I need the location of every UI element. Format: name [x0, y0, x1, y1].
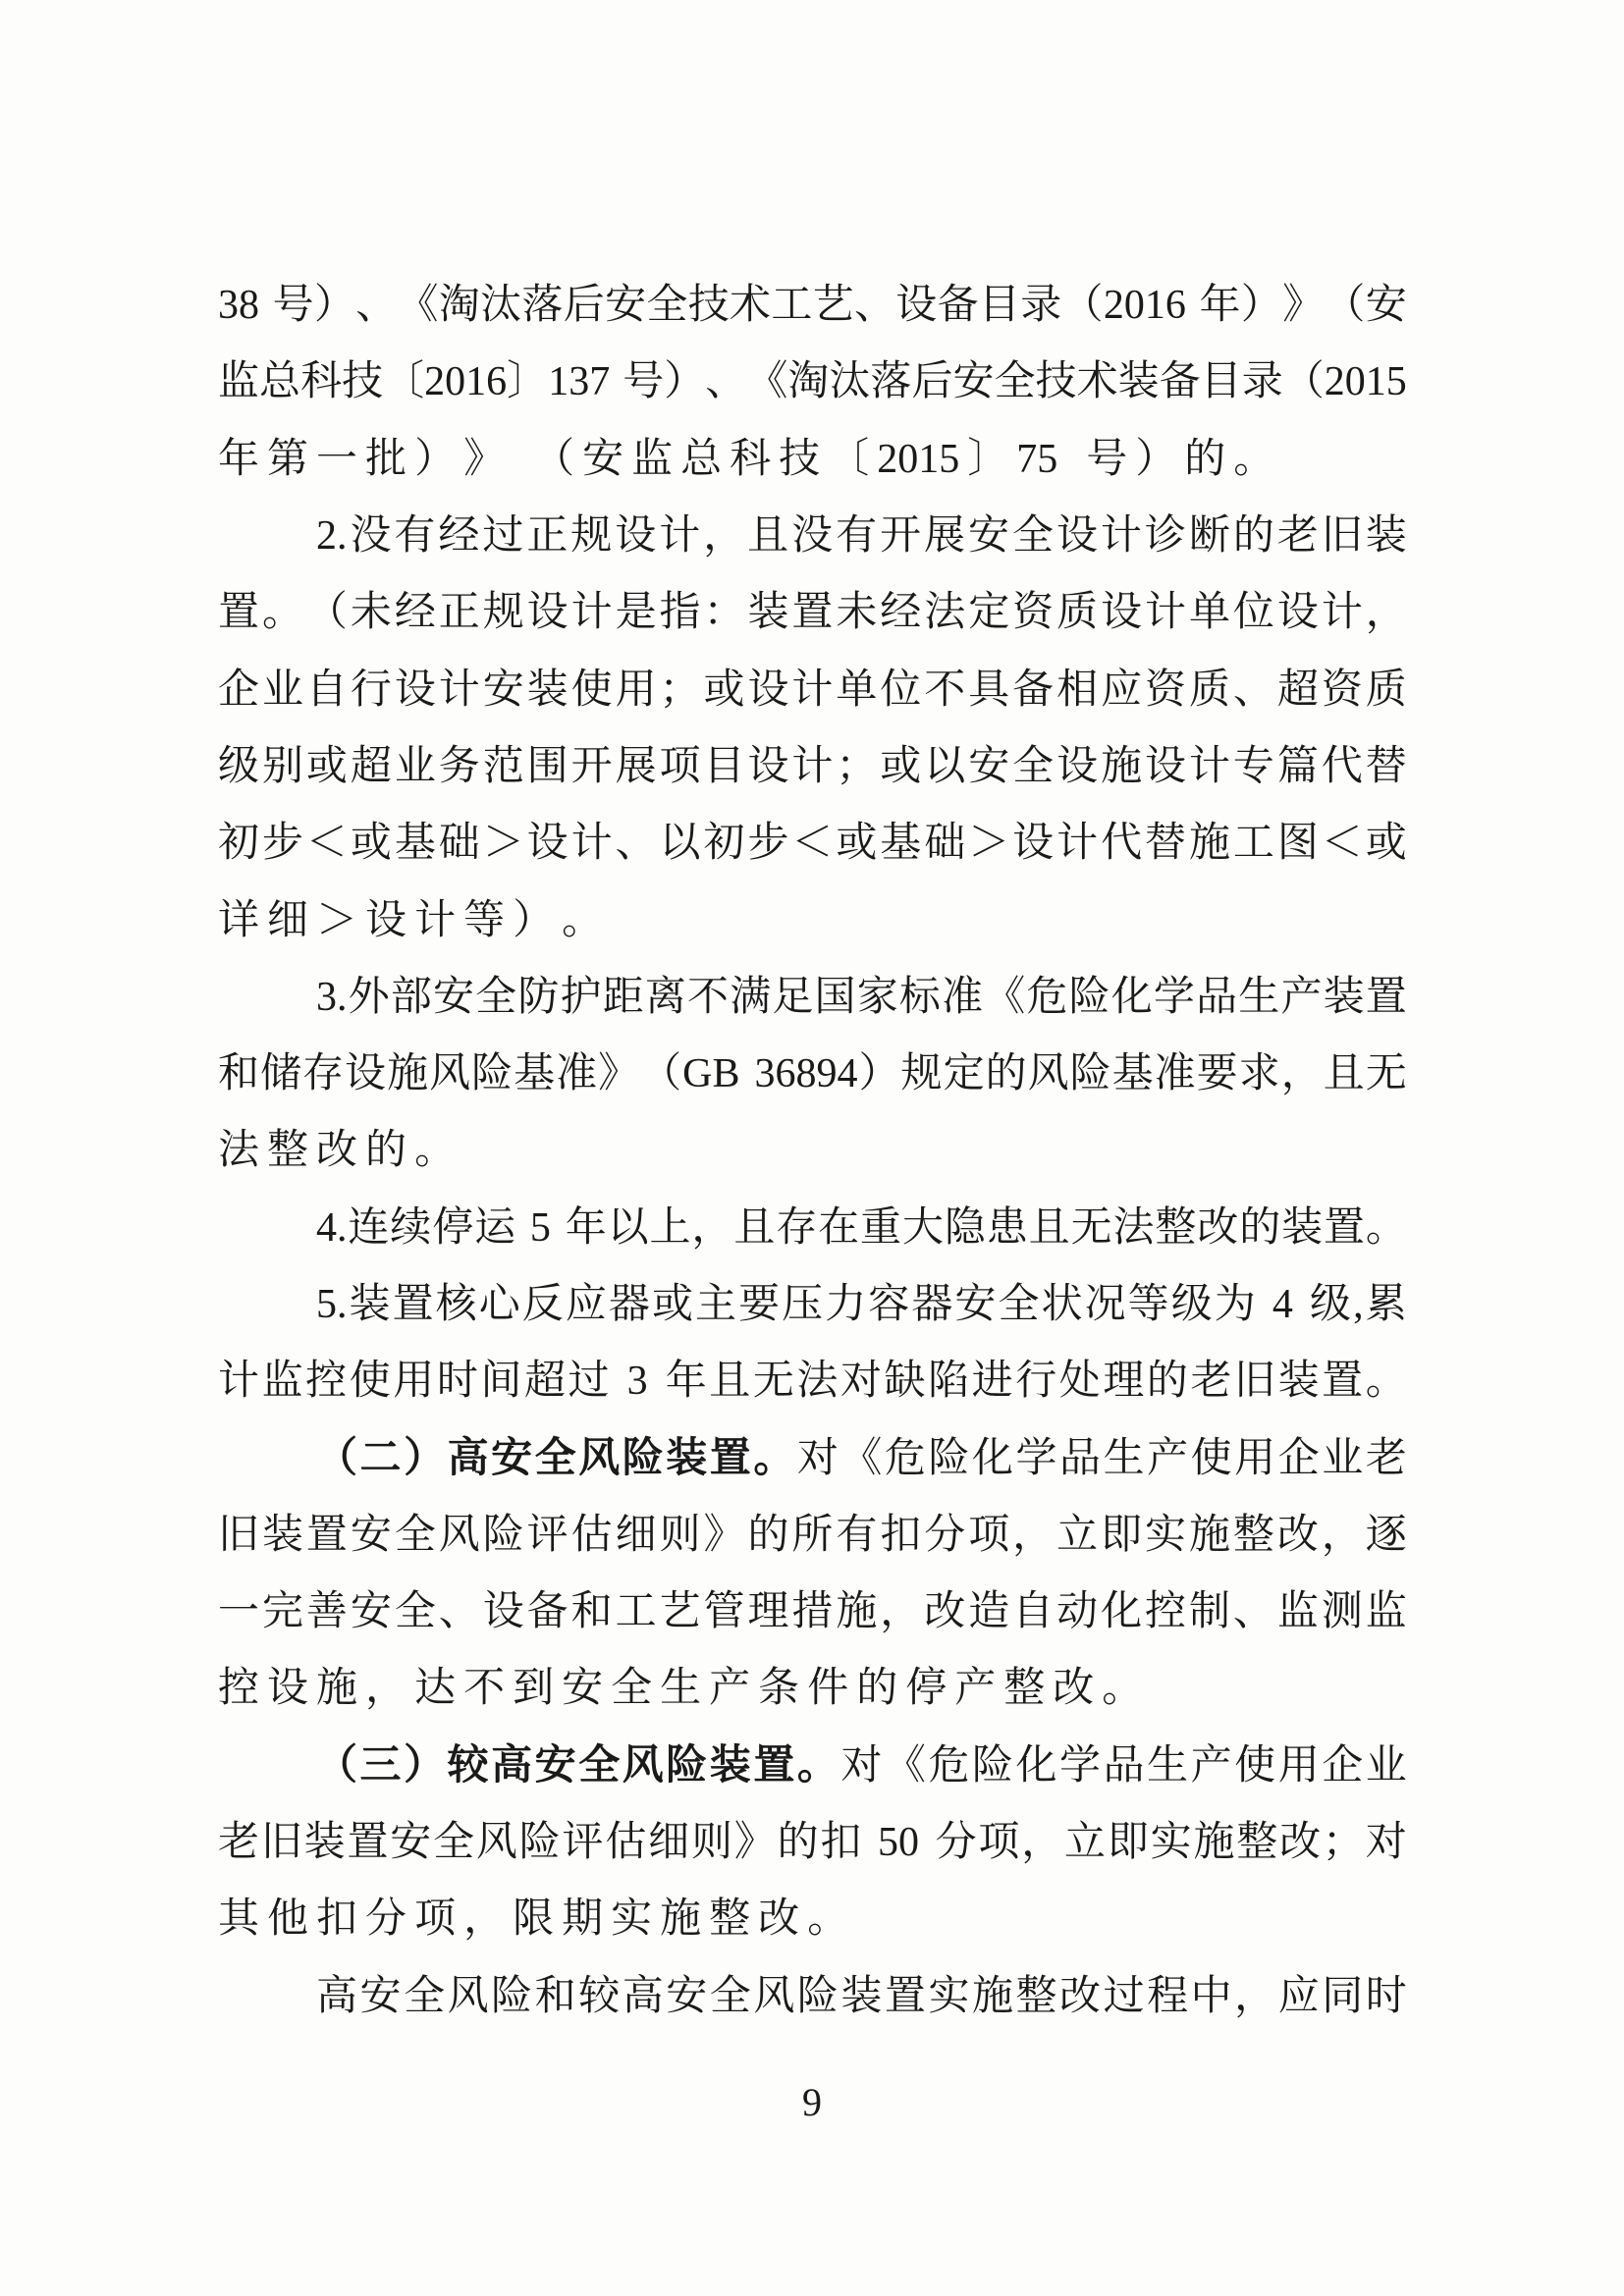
- text-token: 整: [1016, 1976, 1057, 2017]
- text-token: ＜: [791, 823, 833, 864]
- text-token: 学: [1154, 977, 1195, 1018]
- text-token: 137: [548, 361, 610, 402]
- text-token: 压: [782, 1284, 823, 1325]
- text-token: 安: [582, 439, 623, 480]
- space-gap: [921, 1842, 934, 1843]
- text-token: 化: [1101, 1591, 1142, 1632]
- text-token: （: [1324, 285, 1365, 326]
- text-token: 旧: [218, 1515, 259, 1556]
- space-gap: [1186, 304, 1199, 306]
- text-token: 的: [365, 1130, 406, 1171]
- text-token: 3: [627, 1361, 648, 1402]
- text-token: 整: [1003, 1668, 1045, 1709]
- text-token: 初: [703, 823, 744, 864]
- text-token: 控: [1145, 1591, 1186, 1632]
- text-token: 等: [463, 900, 505, 941]
- text-token: 质: [1189, 669, 1230, 711]
- text-token: 件: [807, 1668, 848, 1709]
- text-line: 控设施，达不到安全生产条件的停产整改。: [218, 1650, 1407, 1727]
- text-token: 分: [924, 1515, 965, 1556]
- text-token: 录: [1020, 285, 1061, 326]
- text-token: 设: [895, 285, 937, 326]
- text-token: 置: [1366, 977, 1407, 1018]
- text-token: 所: [791, 1515, 833, 1556]
- text-token: 风: [476, 1822, 517, 1863]
- text-token: 求: [1239, 1053, 1280, 1095]
- text-token: 业: [1366, 1745, 1407, 1787]
- text-token: 》: [734, 1822, 776, 1863]
- text-token: 安: [954, 1284, 996, 1325]
- text-token: 化: [1016, 1745, 1057, 1787]
- text-token: 其: [218, 1898, 259, 1940]
- text-token: 准: [556, 1053, 597, 1095]
- text-token: ；: [660, 669, 701, 711]
- text-token: 规: [483, 592, 524, 633]
- text-line: 和储存设施风险基准》（GB36894）规定的风险基准要求，且无: [218, 1036, 1407, 1112]
- text-token: 或: [652, 1284, 693, 1325]
- text-token: 设: [395, 669, 436, 711]
- text-token: 有: [394, 515, 435, 557]
- text-token: 75: [1016, 439, 1057, 480]
- text-token: 设: [1056, 515, 1098, 557]
- text-token: 、: [854, 285, 895, 326]
- text-token: 离: [645, 977, 686, 1018]
- text-token: 标: [899, 977, 941, 1018]
- text-token: 安: [351, 1591, 392, 1632]
- text-token: 年: [1199, 285, 1240, 326]
- text-token: 以: [608, 1207, 649, 1249]
- text-token: ，: [1012, 1515, 1054, 1556]
- bold-text-token: ）: [404, 1745, 445, 1787]
- text-token: 技: [688, 285, 730, 326]
- text-token: 不: [924, 669, 965, 711]
- text-token: 行: [351, 669, 392, 711]
- text-token: 造: [968, 1591, 1009, 1632]
- text-token: 计: [1101, 515, 1142, 557]
- bold-text-token: 装: [710, 1745, 751, 1787]
- text-token: 单: [836, 669, 877, 711]
- text-token: 企: [218, 669, 259, 711]
- text-token: 施: [387, 1053, 428, 1095]
- text-token: 时: [437, 1361, 478, 1402]
- text-token: 施: [316, 1668, 357, 1709]
- text-token: ，: [880, 1591, 921, 1632]
- text-token: 生: [660, 1668, 701, 1709]
- text-token: 风: [439, 1515, 480, 1556]
- bold-text-token: 全: [535, 1438, 576, 1479]
- text-token: 实: [1151, 1822, 1192, 1863]
- text-token: 产: [1147, 1438, 1188, 1479]
- text-token: ，: [1234, 1976, 1275, 2017]
- space-gap: [612, 1380, 624, 1382]
- text-token: 全: [475, 977, 516, 1018]
- text-token: 计: [659, 515, 700, 557]
- text-token: 隐: [945, 1207, 986, 1249]
- text-token: 业: [1322, 1438, 1363, 1479]
- text-token: 部: [391, 977, 432, 1018]
- text-token: 业: [395, 746, 436, 787]
- text-token: 篇: [1277, 746, 1319, 787]
- text-token: ＜: [306, 823, 348, 864]
- text-token: 装: [304, 1822, 346, 1863]
- text-token: 基: [1112, 1053, 1154, 1095]
- text-token: 技: [1036, 361, 1077, 402]
- space-gap: [863, 1842, 876, 1843]
- text-token: 项: [968, 1515, 1009, 1556]
- text-token: 、: [616, 823, 657, 864]
- body-text-block: 38号）、《淘汰落后安全技术工艺、设备目录（2016年）》（安监总科技〔2016…: [218, 267, 1407, 2035]
- text-token: 学: [1059, 1745, 1101, 1787]
- text-token: 况: [1085, 1284, 1126, 1325]
- text-token: 的: [1147, 1361, 1188, 1402]
- text-token: 别: [262, 746, 303, 787]
- text-token: 全: [433, 1822, 474, 1863]
- text-token: 改: [1059, 1976, 1101, 2017]
- text-token: 装: [840, 1976, 882, 2017]
- text-token: 老: [1277, 515, 1319, 557]
- text-token: 状: [1042, 1284, 1083, 1325]
- text-token: 且: [733, 1207, 775, 1249]
- text-token: 备: [527, 1591, 568, 1632]
- text-token: 化: [972, 1438, 1013, 1479]
- text-token: 替: [1145, 823, 1186, 864]
- text-token: 风: [429, 1053, 470, 1095]
- text-token: ＜: [1322, 823, 1363, 864]
- text-token: 无: [1071, 1207, 1112, 1249]
- text-token: 产: [709, 1668, 750, 1709]
- text-token: 基: [880, 823, 921, 864]
- bold-text-token: 装: [666, 1438, 707, 1479]
- text-token: 整: [1236, 1822, 1277, 1863]
- text-line: 计监控使用时间超过3年且无法对缺陷进行处理的老旧装置。: [218, 1343, 1407, 1419]
- bold-text-token: 全: [578, 1745, 620, 1787]
- text-token: （: [1283, 361, 1325, 402]
- text-token: ,: [1353, 1284, 1364, 1325]
- text-token: 全: [710, 1976, 751, 2017]
- text-token: 全: [404, 1976, 445, 2017]
- text-token: 高: [316, 1976, 357, 2017]
- text-token: 录: [1242, 361, 1283, 402]
- text-token: 质: [1366, 669, 1407, 711]
- text-token: 基: [395, 823, 436, 864]
- text-token: 用: [393, 1361, 434, 1402]
- text-token: 装: [1278, 1361, 1320, 1402]
- text-token: 防: [517, 977, 559, 1018]
- text-token: GB: [682, 1053, 739, 1095]
- text-token: 对: [1366, 1822, 1407, 1863]
- text-token: 全: [646, 285, 687, 326]
- text-token: 的: [778, 1822, 819, 1863]
- text-token: ，: [1021, 1822, 1062, 1863]
- text-token: （: [306, 592, 348, 633]
- text-token: 年: [666, 1361, 707, 1402]
- text-token: 备: [938, 285, 979, 326]
- text-line: 38号）、《淘汰落后安全技术工艺、设备目录（2016年）》（安: [218, 267, 1407, 344]
- space-gap: [259, 304, 272, 306]
- text-token: 的: [1233, 515, 1274, 557]
- text-token: 老: [218, 1822, 259, 1863]
- text-token: 全: [395, 1515, 436, 1556]
- text-token: 细: [616, 1515, 657, 1556]
- text-token: 。: [262, 592, 303, 633]
- text-token: 淘: [439, 285, 480, 326]
- text-token: 设: [1145, 746, 1186, 787]
- text-line: 置。（未经正规设计是指：装置未经法定资质设计单位设计，: [218, 574, 1407, 651]
- text-token: 同: [1322, 1976, 1363, 2017]
- text-token: 年: [218, 439, 259, 480]
- text-token: 代: [1322, 746, 1363, 787]
- text-token: 的: [1184, 439, 1225, 480]
- text-token: 实: [611, 1898, 652, 1940]
- text-token: 停: [432, 1207, 473, 1249]
- text-token: ）: [314, 285, 355, 326]
- bold-text-token: 安: [491, 1438, 532, 1479]
- text-token: 设: [527, 592, 568, 633]
- bold-text-token: 险: [623, 1438, 664, 1479]
- text-token: 对: [840, 1361, 882, 1402]
- text-token: 安: [968, 515, 1009, 557]
- text-token: 设: [615, 515, 656, 557]
- bold-text-token: 安: [535, 1745, 576, 1787]
- text-token: 没: [791, 515, 833, 557]
- text-token: 正: [526, 515, 568, 557]
- text-token: 。: [807, 1898, 848, 1940]
- bold-text-token: 二: [360, 1438, 402, 1479]
- text-line: 4.连续停运5年以上，且存在重大隐患且无法整改的装置。: [218, 1190, 1407, 1266]
- text-token: 〔: [383, 361, 424, 402]
- text-token: 间: [480, 1361, 521, 1402]
- text-line: 监总科技〔2016〕137号）、《淘汰落后安全技术装备目录（2015: [218, 344, 1407, 420]
- text-token: 设: [267, 1668, 308, 1709]
- text-token: 艺: [813, 285, 854, 326]
- text-token: 险: [491, 1976, 532, 2017]
- bold-text-token: 。: [797, 1745, 839, 1787]
- text-token: 陷: [928, 1361, 969, 1402]
- text-token: 全: [395, 1591, 436, 1632]
- text-token: 大: [902, 1207, 944, 1249]
- text-token: 没: [350, 515, 391, 557]
- text-token: 使: [350, 1361, 391, 1402]
- text-token: ）: [1241, 285, 1282, 326]
- text-token: 连: [348, 1207, 389, 1249]
- text-token: 图: [1277, 823, 1319, 864]
- text-token: 险: [972, 1745, 1013, 1787]
- text-token: 老: [1190, 1361, 1231, 1402]
- text-token: 核: [436, 1284, 477, 1325]
- text-token: 资: [1012, 592, 1054, 633]
- text-token: 开: [880, 515, 921, 557]
- text-token: 旧: [261, 1822, 302, 1863]
- text-token: 设: [747, 746, 788, 787]
- text-token: 距: [603, 977, 644, 1018]
- text-token: 正: [439, 592, 480, 633]
- text-token: 家: [857, 977, 898, 1018]
- text-token: 实: [1145, 1515, 1186, 1556]
- text-token: 自: [306, 669, 348, 711]
- text-token: 置: [885, 1976, 926, 2017]
- text-token: 4.: [316, 1207, 348, 1249]
- bold-text-token: 。: [753, 1438, 794, 1479]
- text-line: 企业自行设计安装使用；或设计单位不具备相应资质、超资质: [218, 651, 1407, 727]
- text-token: 缺: [885, 1361, 926, 1402]
- text-token: 期: [562, 1898, 603, 1940]
- text-token: 反: [522, 1284, 564, 1325]
- text-token: 批: [365, 439, 406, 480]
- text-token: 设: [1056, 746, 1098, 787]
- bold-text-token: ）: [404, 1438, 445, 1479]
- text-token: 险: [471, 1053, 513, 1095]
- text-token: 且: [1324, 1053, 1365, 1095]
- text-token: 安: [605, 285, 646, 326]
- text-token: 法: [1112, 1207, 1154, 1249]
- text-token: 或: [880, 746, 921, 787]
- text-line: 2.没有经过正规设计，且没有开展安全设计诊断的老旧装: [218, 498, 1407, 574]
- text-token: 或: [1366, 823, 1407, 864]
- text-token: 安: [952, 361, 994, 402]
- text-token: 经: [438, 515, 479, 557]
- text-token: 控: [218, 1668, 259, 1709]
- text-token: 装: [527, 669, 568, 711]
- text-token: 进: [972, 1361, 1013, 1402]
- text-token: 务: [439, 746, 480, 787]
- text-token: 器: [609, 1284, 650, 1325]
- text-token: 36894: [755, 1053, 858, 1095]
- text-token: 法: [796, 1361, 838, 1402]
- text-token: ，: [1322, 1515, 1363, 1556]
- text-token: 备: [1012, 669, 1054, 711]
- text-token: 风: [1028, 1053, 1069, 1095]
- text-token: 满: [730, 977, 771, 1018]
- text-token: 号: [273, 285, 314, 326]
- text-token: 容: [868, 1284, 909, 1325]
- text-token: 过: [568, 1361, 610, 1402]
- text-token: 续: [390, 1207, 431, 1249]
- text-token: ；: [1323, 1822, 1364, 1863]
- text-token: 全: [1012, 515, 1054, 557]
- bold-text-token: 较: [448, 1745, 489, 1787]
- text-token: 落: [521, 285, 563, 326]
- text-token: 存: [776, 1207, 817, 1249]
- text-token: 时: [1366, 1976, 1407, 2017]
- text-token: 企: [1322, 1745, 1363, 1787]
- text-token: 后: [911, 361, 952, 402]
- text-token: 技: [779, 439, 820, 480]
- text-token: ）: [664, 361, 705, 402]
- text-token: 心: [479, 1284, 520, 1325]
- text-token: 监: [218, 361, 259, 402]
- text-token: 或: [703, 669, 744, 711]
- text-token: 中: [1191, 1976, 1232, 2017]
- text-token: 装: [1324, 977, 1365, 1018]
- text-token: 计: [571, 823, 613, 864]
- text-token: 。: [1233, 439, 1274, 480]
- text-token: 项: [414, 1898, 456, 1940]
- text-token: 险: [797, 1976, 839, 2017]
- text-token: ＞: [316, 900, 357, 941]
- text-token: 或: [351, 823, 392, 864]
- text-token: 具: [968, 669, 1009, 711]
- text-token: 则: [660, 1515, 701, 1556]
- text-token: 。: [1102, 1668, 1143, 1709]
- text-token: 经: [880, 592, 921, 633]
- text-token: 细: [648, 1822, 689, 1863]
- text-line: 一完善安全、设备和工艺管理措施，改造自动化控制、监测监: [218, 1574, 1407, 1650]
- text-token: 老: [1366, 1438, 1407, 1479]
- text-token: 全: [611, 1668, 652, 1709]
- text-token: 不: [463, 1668, 505, 1709]
- text-token: 、: [355, 285, 397, 326]
- text-token: 计: [1145, 592, 1186, 633]
- text-token: 监: [1366, 1591, 1407, 1632]
- text-token: 生: [1104, 1438, 1145, 1479]
- text-token: 改: [758, 1898, 799, 1940]
- text-token: 监: [262, 1361, 303, 1402]
- text-token: 施: [972, 1976, 1013, 2017]
- text-token: 位: [1233, 592, 1274, 633]
- text-token: 条: [758, 1668, 799, 1709]
- text-token: 足: [772, 977, 813, 1018]
- text-token: 计: [414, 900, 456, 941]
- text-token: 计: [1322, 592, 1363, 633]
- text-token: 级: [1310, 1284, 1351, 1325]
- text-token: ：: [703, 592, 744, 633]
- text-token: ，: [691, 1207, 732, 1249]
- text-token: 应: [566, 1284, 607, 1325]
- text-token: 未: [351, 592, 392, 633]
- text-token: 过: [482, 515, 523, 557]
- text-line: 旧装置安全风险评估细则》的所有扣分项，立即实施整改，逐: [218, 1497, 1407, 1574]
- document-page: 38号）、《淘汰落后安全技术工艺、设备目录（2016年）》（安监总科技〔2016…: [0, 0, 1624, 2296]
- text-token: 设: [345, 1053, 386, 1095]
- text-token: 项: [660, 746, 701, 787]
- text-token: 细: [267, 900, 308, 941]
- text-token: 2015: [1325, 361, 1407, 402]
- bold-text-token: 风: [623, 1745, 664, 1787]
- text-token: 对: [840, 1745, 882, 1787]
- text-token: 生: [1238, 977, 1279, 1018]
- text-token: 质: [1056, 592, 1098, 633]
- text-token: 《: [984, 977, 1025, 1018]
- text-token: 置: [1324, 1207, 1365, 1249]
- page-number: 9: [0, 2073, 1624, 2132]
- text-token: 措: [791, 1591, 833, 1632]
- text-token: 施: [836, 1591, 877, 1632]
- text-token: 管: [703, 1591, 744, 1632]
- text-token: 后: [564, 285, 605, 326]
- text-token: 他: [267, 1898, 308, 1940]
- text-token: 汰: [829, 361, 870, 402]
- text-token: 规: [901, 1053, 943, 1095]
- text-token: 安: [666, 1976, 707, 2017]
- text-token: 》: [1282, 285, 1324, 326]
- text-token: 有: [836, 1515, 877, 1556]
- text-token: 术: [730, 285, 771, 326]
- text-line: （二）高安全风险装置。对《危险化学品生产使用企业老: [218, 1419, 1407, 1496]
- text-token: 停: [905, 1668, 947, 1709]
- text-token: 和: [535, 1976, 576, 2017]
- text-token: 指: [660, 592, 701, 633]
- text-token: 专: [1233, 746, 1274, 787]
- text-token: 处: [1059, 1361, 1101, 1402]
- space-gap: [741, 1073, 754, 1075]
- text-token: 安: [968, 746, 1009, 787]
- bold-text-token: （: [316, 1745, 357, 1787]
- text-line: （三）较高安全风险装置。对《危险化学品生产使用企业: [218, 1728, 1407, 1804]
- text-token: 置: [393, 1284, 434, 1325]
- text-token: 达: [414, 1668, 456, 1709]
- text-token: 则: [691, 1822, 732, 1863]
- text-token: 患: [987, 1207, 1028, 1249]
